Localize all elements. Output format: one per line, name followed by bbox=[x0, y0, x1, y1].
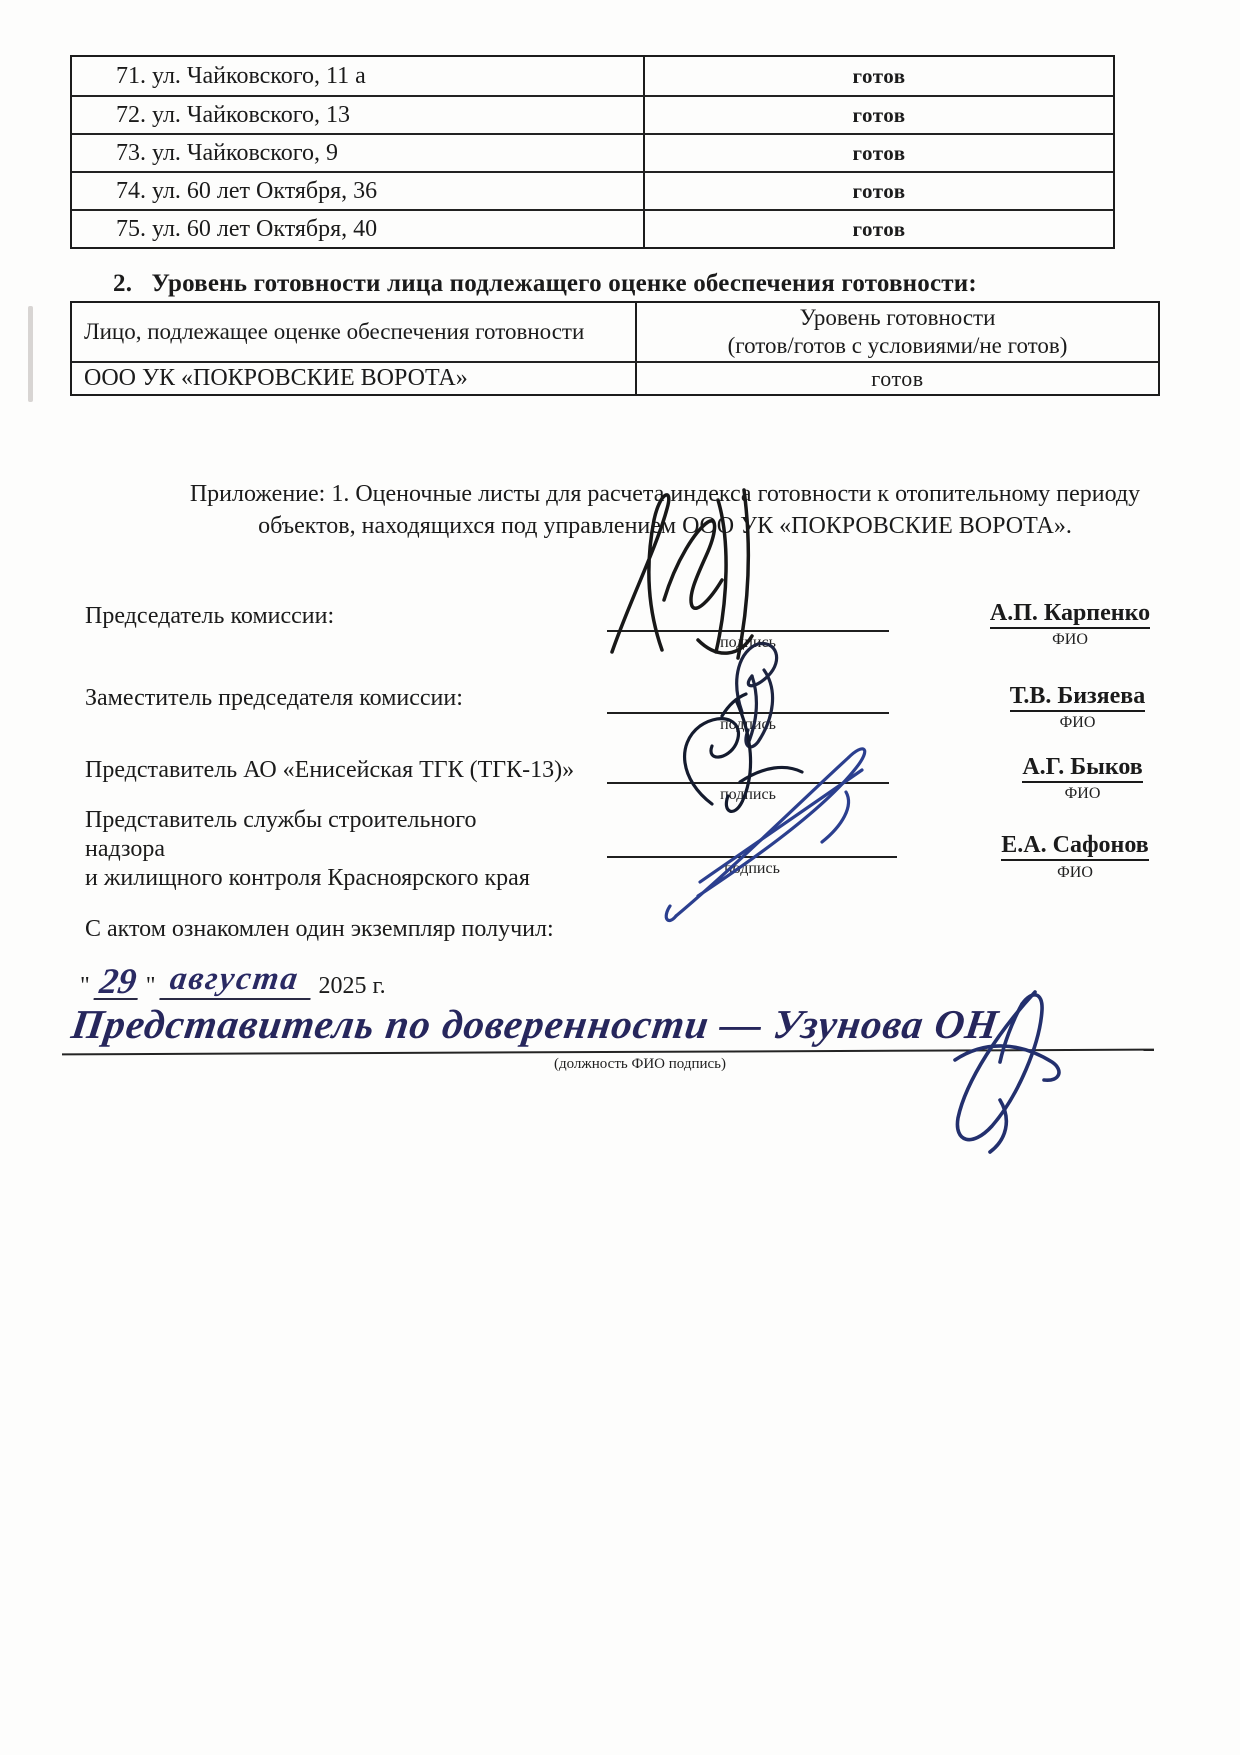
address-cell: 72. ул. Чайковского, 13 bbox=[72, 97, 643, 133]
entity-header-cell: Лицо, подлежащее оценке обеспечения гото… bbox=[72, 303, 635, 361]
table-row: 72. ул. Чайковского, 13 готов bbox=[72, 95, 1113, 133]
name-tgk-wrap: А.Г. Быков bbox=[1005, 754, 1160, 781]
signature-caption: подпись bbox=[607, 634, 889, 652]
name-chairman: А.П. Карпенко bbox=[990, 600, 1150, 629]
signature-line bbox=[607, 712, 889, 714]
entry-line bbox=[62, 1049, 1154, 1056]
quote-close: " bbox=[146, 973, 156, 1000]
entry-caption: (должность ФИО подпись) bbox=[500, 1056, 780, 1073]
table-row: 73. ул. Чайковского, 9 готов bbox=[72, 133, 1113, 171]
acknowledgement-text: С актом ознакомлен один экземпляр получи… bbox=[85, 916, 554, 943]
attachment-line1: Приложение: 1. Оценочные листы для расче… bbox=[170, 478, 1160, 510]
scanned-act-page: 71. ул. Чайковского, 11 а готов 72. ул. … bbox=[0, 0, 1240, 1755]
fio-caption: ФИО bbox=[990, 864, 1160, 882]
handwritten-month: августа bbox=[159, 962, 315, 1000]
entity-cell: ООО УК «ПОКРОВСКИЕ ВОРОТА» bbox=[72, 363, 635, 394]
role-tgk-representative: Представитель АО «Енисейская ТГК (ТГК-13… bbox=[85, 756, 574, 785]
attachment-line2: объектов, находящихся под управлением ОО… bbox=[170, 510, 1160, 542]
signature-caption: подпись bbox=[607, 716, 889, 734]
name-supervision-wrap: Е.А. Сафонов bbox=[990, 832, 1160, 859]
level-header-line2: (готов/готов с условиями/не готов) bbox=[728, 332, 1068, 360]
attachment-paragraph: Приложение: 1. Оценочные листы для расче… bbox=[170, 478, 1160, 542]
name-deputy-wrap: Т.В. Бизяева bbox=[995, 683, 1160, 710]
handwritten-entry: Представитель по доверенности — Узунова … bbox=[69, 1000, 1002, 1048]
name-deputy: Т.В. Бизяева bbox=[1010, 683, 1146, 712]
level-header-cell: Уровень готовности (готов/готов с услови… bbox=[635, 303, 1158, 361]
scan-artifact bbox=[28, 306, 33, 402]
table-header-row: Лицо, подлежащее оценке обеспечения гото… bbox=[72, 303, 1158, 361]
status-cell: готов bbox=[643, 211, 1113, 247]
signature-line bbox=[607, 782, 889, 784]
status-cell: готов bbox=[643, 135, 1113, 171]
signature-caption: подпись bbox=[607, 860, 897, 878]
entity-status-cell: готов bbox=[635, 363, 1158, 394]
role-line2: и жилищного контроля Красноярского края bbox=[85, 864, 555, 893]
signature-line bbox=[607, 630, 889, 632]
role-construction-supervision: Представитель службы строительного надзо… bbox=[85, 806, 555, 893]
role-line1: Представитель службы строительного надзо… bbox=[85, 806, 555, 864]
status-cell: готов bbox=[643, 173, 1113, 209]
handwritten-day: 29 bbox=[93, 964, 142, 1000]
address-cell: 71. ул. Чайковского, 11 а bbox=[72, 57, 643, 95]
fio-caption: ФИО bbox=[995, 714, 1160, 732]
address-cell: 73. ул. Чайковского, 9 bbox=[72, 135, 643, 171]
address-readiness-table: 71. ул. Чайковского, 11 а готов 72. ул. … bbox=[70, 55, 1115, 249]
name-chairman-wrap: А.П. Карпенко bbox=[980, 600, 1160, 627]
section2-heading: 2. Уровень готовности лица подлежащего о… bbox=[113, 270, 977, 298]
printed-year: 2025 г. bbox=[318, 973, 385, 1000]
table-row: 71. ул. Чайковского, 11 а готов bbox=[72, 57, 1113, 95]
role-deputy: Заместитель председателя комиссии: bbox=[85, 684, 463, 713]
signature-caption: подпись bbox=[607, 786, 889, 804]
signature-supervision bbox=[666, 749, 864, 921]
address-cell: 74. ул. 60 лет Октября, 36 bbox=[72, 173, 643, 209]
name-supervision: Е.А. Сафонов bbox=[1001, 832, 1148, 861]
level-header-line1: Уровень готовности bbox=[800, 304, 996, 332]
role-chairman: Председатель комиссии: bbox=[85, 602, 334, 631]
status-cell: готов bbox=[643, 57, 1113, 95]
table-row: 75. ул. 60 лет Октября, 40 готов bbox=[72, 209, 1113, 247]
fio-caption: ФИО bbox=[980, 631, 1160, 649]
quote-open: " bbox=[80, 973, 90, 1000]
address-cell: 75. ул. 60 лет Октября, 40 bbox=[72, 211, 643, 247]
name-tgk: А.Г. Быков bbox=[1022, 754, 1142, 783]
date-line: " 29 " августа 2025 г. bbox=[80, 962, 386, 1000]
fio-caption: ФИО bbox=[1005, 785, 1160, 803]
entity-readiness-table: Лицо, подлежащее оценке обеспечения гото… bbox=[70, 301, 1160, 396]
table-row: 74. ул. 60 лет Октября, 36 готов bbox=[72, 171, 1113, 209]
signature-line bbox=[607, 856, 897, 858]
status-cell: готов bbox=[643, 97, 1113, 133]
table-row: ООО УК «ПОКРОВСКИЕ ВОРОТА» готов bbox=[72, 361, 1158, 394]
